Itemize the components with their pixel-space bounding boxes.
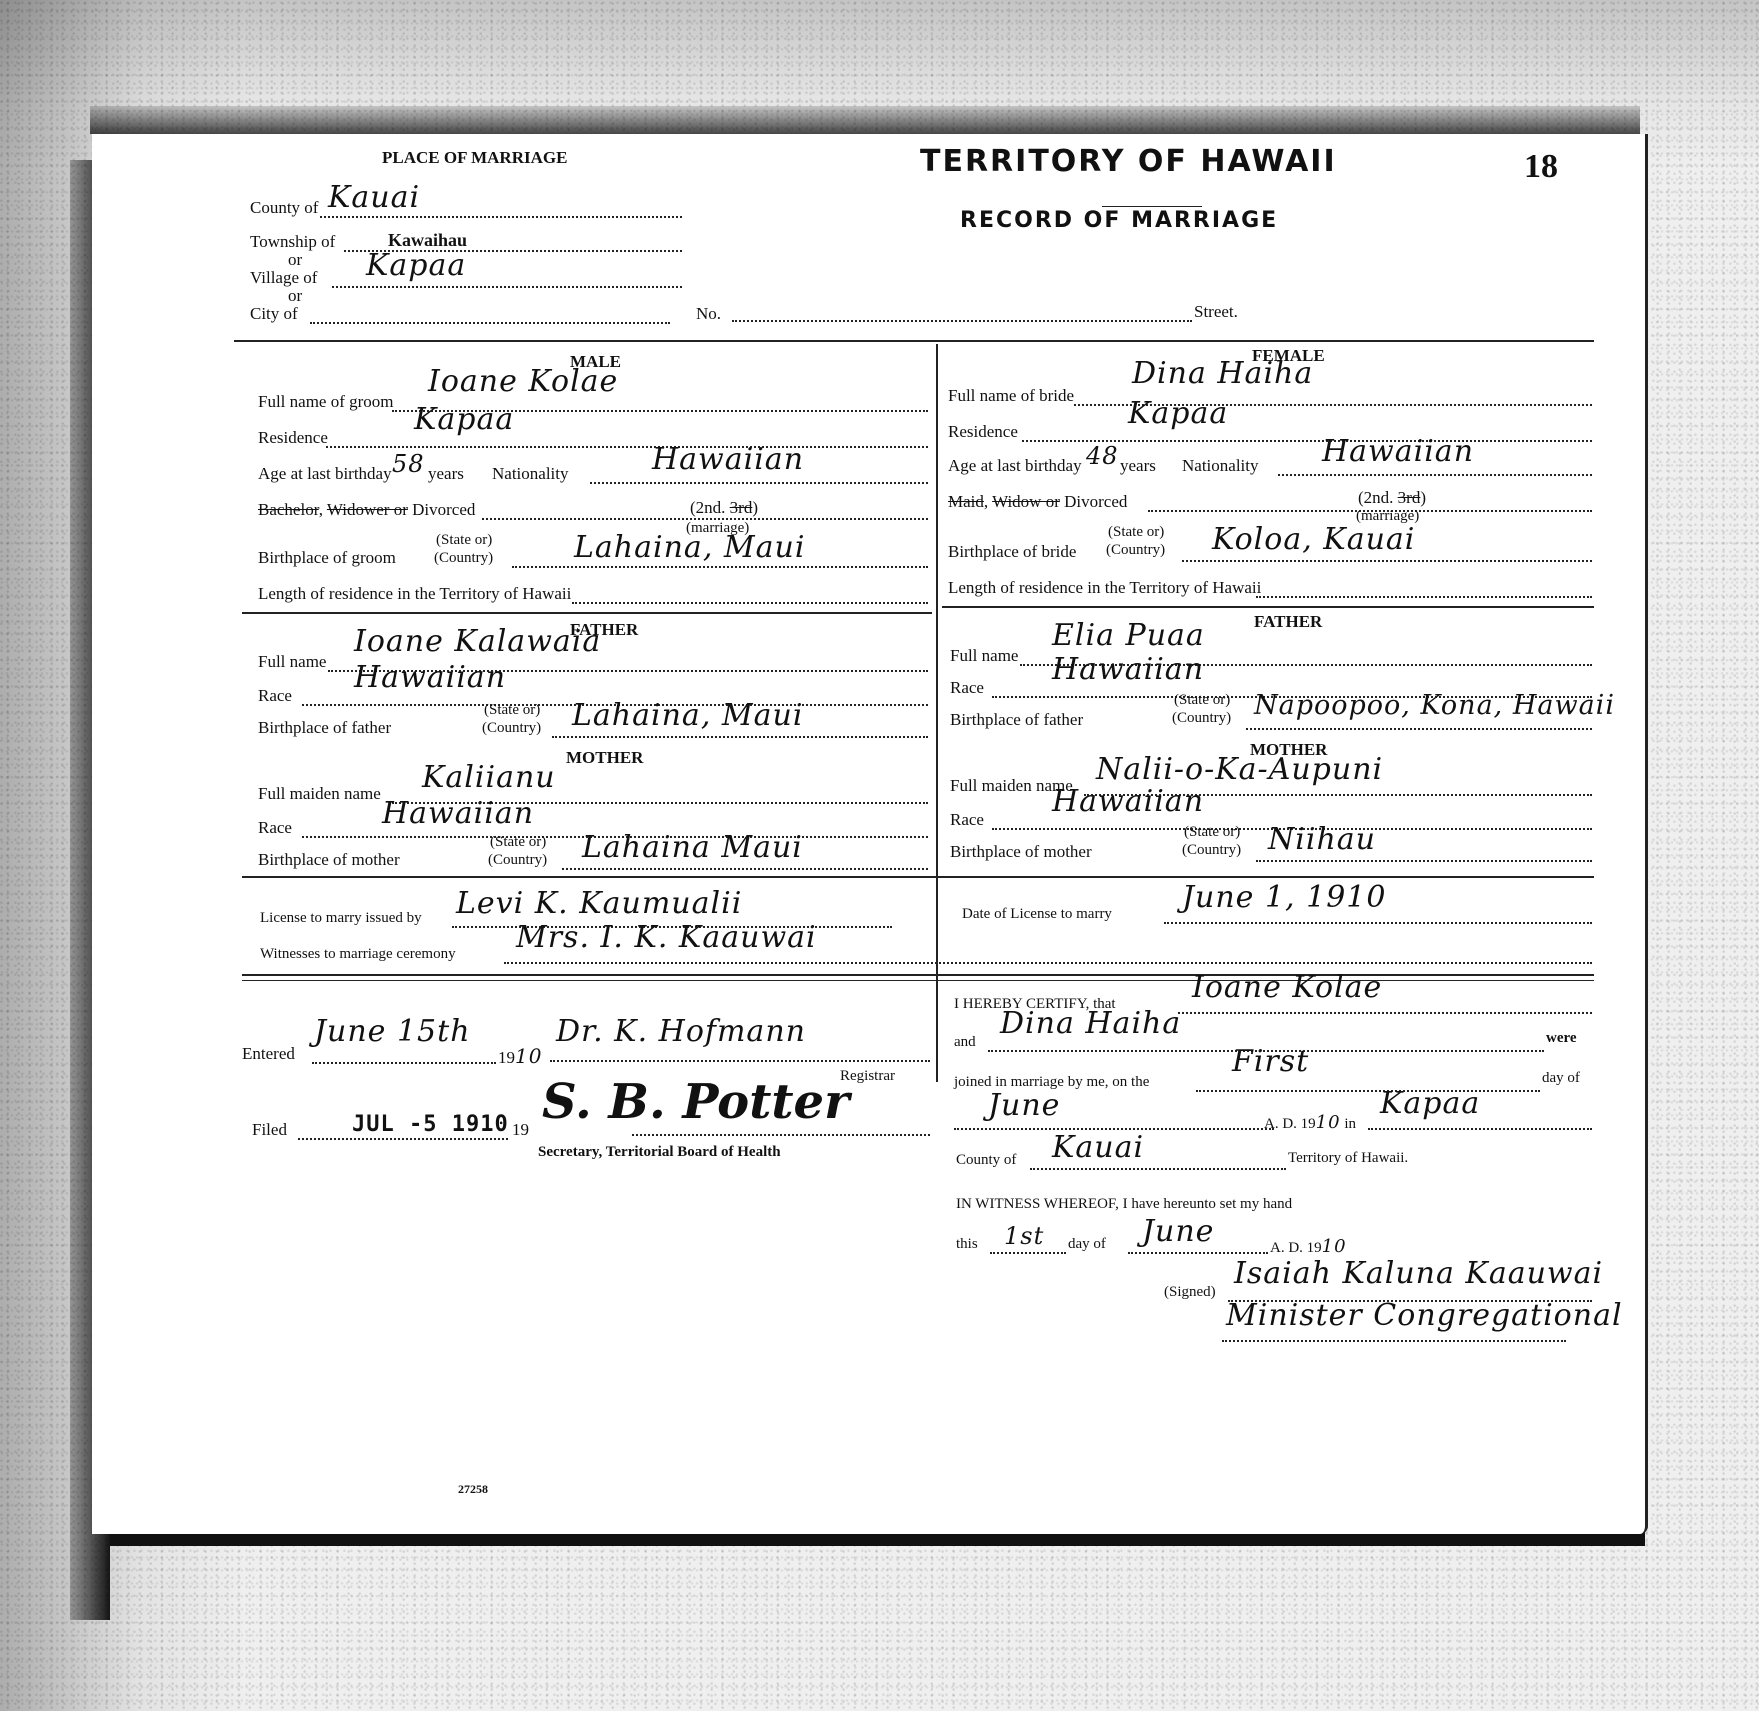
groom-residence-label: Residence xyxy=(258,428,328,448)
groom-residence-length-label: Length of residence in the Territory of … xyxy=(258,584,571,604)
place-of-marriage-heading: PLACE OF MARRIAGE xyxy=(382,148,567,168)
certify-groom-line xyxy=(1178,1012,1592,1014)
city-line xyxy=(310,322,670,324)
filed-stamp: JUL -5 1910 xyxy=(352,1112,509,1137)
bride-marriage-count: (2nd. 3rd) xyxy=(1356,488,1428,508)
bride-residence-length-label: Length of residence in the Territory of … xyxy=(948,578,1261,598)
bride-father-race-value[interactable]: Hawaiian xyxy=(1052,652,1204,687)
document-subtitle: RECORD OF MARRIAGE xyxy=(960,208,1278,233)
bride-father-country: (Country) xyxy=(1172,710,1231,727)
bride-mother-state-or: (State or) xyxy=(1184,824,1240,841)
bride-birthplace-line xyxy=(1182,560,1592,562)
document-title: TERRITORY OF HAWAII xyxy=(920,144,1337,179)
no-label: No. xyxy=(696,304,721,324)
groom-mother-name-value[interactable]: Kaliianu xyxy=(422,760,556,795)
page-shadow-bottom xyxy=(110,1532,1645,1546)
certify-day-line xyxy=(1196,1090,1540,1092)
secretary-signature: S. B. Potter xyxy=(542,1074,849,1130)
groom-state-or: (State or) xyxy=(436,532,492,549)
certify-day-of-label: day of xyxy=(1542,1070,1580,1087)
witnesses-label: Witnesses to marriage ceremony xyxy=(260,946,456,963)
witness-whereof-label: IN WITNESS WHEREOF, I have hereunto set … xyxy=(956,1196,1292,1213)
village-label: Village of xyxy=(250,268,317,288)
secretary-label: Secretary, Territorial Board of Health xyxy=(538,1144,781,1161)
female-section-divider xyxy=(942,606,1594,608)
bride-father-name-value[interactable]: Elia Puaa xyxy=(1052,618,1205,653)
bride-mother-race-label: Race xyxy=(950,810,984,830)
bride-mother-country: (Country) xyxy=(1182,842,1241,859)
filed-line xyxy=(298,1138,508,1140)
groom-country: (Country) xyxy=(434,550,493,567)
groom-father-race-value[interactable]: Hawaiian xyxy=(354,660,506,695)
title-line xyxy=(1222,1340,1566,1342)
license-section-divider-2 xyxy=(242,980,1594,981)
certify-county-line xyxy=(1030,1168,1286,1170)
village-line xyxy=(332,286,682,288)
witness-day-value[interactable]: 1st xyxy=(1004,1222,1044,1250)
bride-status-widow: Widow or xyxy=(992,492,1060,511)
registrar-line xyxy=(550,1060,930,1062)
city-label: City of xyxy=(250,304,298,324)
street-line xyxy=(732,320,1192,322)
bride-father-name-label: Full name xyxy=(950,646,1018,666)
bride-residence-label: Residence xyxy=(948,422,1018,442)
groom-birthplace-line xyxy=(512,566,928,568)
certify-territory-label: Territory of Hawaii. xyxy=(1288,1150,1408,1167)
serial-number: 27258 xyxy=(458,1482,488,1497)
secretary-line xyxy=(632,1134,930,1136)
witness-day-line xyxy=(990,1252,1066,1254)
page-shadow-top xyxy=(90,106,1640,134)
or-label-1: or xyxy=(288,250,302,270)
certify-place-value[interactable]: Kapaa xyxy=(1380,1086,1480,1121)
bride-father-birthplace-line xyxy=(1246,728,1592,730)
bride-mother-birthplace-value[interactable]: Niihau xyxy=(1268,822,1376,857)
entered-label: Entered xyxy=(242,1044,295,1064)
registrar-signature: Dr. K. Hofmann xyxy=(556,1014,806,1049)
groom-status-row: Bachelor, Widower or Divorced xyxy=(258,500,475,520)
groom-birthplace-label: Birthplace of groom xyxy=(258,548,396,568)
certify-and-label: and xyxy=(954,1034,976,1051)
groom-marriage-count: (2nd. 3rd) xyxy=(688,498,760,518)
groom-mother-race-label: Race xyxy=(258,818,292,838)
minister-title-value: Minister Congregational xyxy=(1226,1298,1623,1333)
groom-mother-birthplace-value[interactable]: Lahaina Maui xyxy=(582,830,803,865)
bride-mother-name-value[interactable]: Nalii-o-Ka-Aupuni xyxy=(1096,752,1383,787)
groom-status-bachelor: Bachelor xyxy=(258,500,319,519)
bride-father-race-label: Race xyxy=(950,678,984,698)
bride-status-row: Maid, Widow or Divorced xyxy=(948,492,1127,512)
license-issued-by-label: License to marry issued by xyxy=(260,910,422,927)
license-date-line xyxy=(1164,922,1592,924)
column-divider xyxy=(936,344,938,1082)
groom-status-widower: Widower or xyxy=(327,500,408,519)
bride-nationality-value[interactable]: Hawaiian xyxy=(1322,434,1474,469)
certify-county-value[interactable]: Kauai xyxy=(1052,1130,1144,1165)
county-value[interactable]: Kauai xyxy=(328,180,420,215)
groom-residence-line xyxy=(326,446,928,448)
witnesses-line xyxy=(504,962,1592,964)
groom-father-name-value[interactable]: Ioane Kalawaia xyxy=(354,624,601,659)
certify-groom-value[interactable]: Ioane Kolae xyxy=(1192,970,1382,1005)
parents-section-divider xyxy=(242,876,1594,878)
groom-age-label: Age at last birthday xyxy=(258,464,392,484)
county-line xyxy=(320,216,682,218)
entered-line xyxy=(312,1062,496,1064)
bride-years-label: years xyxy=(1120,456,1156,476)
groom-mother-name-label: Full maiden name xyxy=(258,784,381,804)
bride-residence-value[interactable]: Kapaa xyxy=(1128,396,1228,431)
township-label: Township of xyxy=(250,232,335,252)
bride-mother-birthplace-label: Birthplace of mother xyxy=(950,842,1092,862)
filed-label: Filed xyxy=(252,1120,287,1140)
bride-nationality-line xyxy=(1278,474,1592,476)
marriage-record-form: PLACE OF MARRIAGE TERRITORY OF HAWAII RE… xyxy=(92,134,1648,1534)
village-value[interactable]: Kapaa xyxy=(366,248,466,283)
groom-nationality-line xyxy=(590,482,928,484)
groom-father-birthplace-line xyxy=(552,736,928,738)
certify-were-label: were xyxy=(1546,1030,1577,1047)
county-label: County of xyxy=(250,198,318,218)
witness-day-of-label: day of xyxy=(1068,1236,1106,1253)
title-divider xyxy=(1102,206,1202,207)
witness-month-value[interactable]: June xyxy=(1142,1214,1214,1249)
witness-this-label: this xyxy=(956,1236,978,1253)
bride-country: (Country) xyxy=(1106,542,1165,559)
bride-name-value[interactable]: Dina Haiha xyxy=(1132,356,1313,391)
certify-month-value[interactable]: June xyxy=(988,1088,1060,1123)
certify-place-line xyxy=(1368,1128,1592,1130)
groom-mother-heading: MOTHER xyxy=(566,748,643,768)
groom-father-name-label: Full name xyxy=(258,652,326,672)
entered-year: 1910 xyxy=(498,1044,542,1068)
groom-name-value[interactable]: Ioane Kolae xyxy=(428,364,618,399)
groom-father-race-label: Race xyxy=(258,686,292,706)
groom-nationality-value[interactable]: Hawaiian xyxy=(652,442,804,477)
groom-father-state-or: (State or) xyxy=(484,702,540,719)
bride-status-maid: Maid xyxy=(948,492,984,511)
filed-year-prefix: 19 xyxy=(512,1120,529,1140)
groom-mother-birthplace-label: Birthplace of mother xyxy=(258,850,400,870)
license-section-divider xyxy=(242,974,1594,976)
certify-day-value[interactable]: First xyxy=(1232,1044,1309,1079)
entered-value[interactable]: June 15th xyxy=(314,1014,471,1049)
bride-age-value[interactable]: 48 xyxy=(1086,442,1119,470)
groom-mother-race-value[interactable]: Hawaiian xyxy=(382,796,534,831)
license-issued-by-value[interactable]: Levi K. Kaumualii xyxy=(456,886,742,921)
or-label-2: or xyxy=(288,286,302,306)
bride-mother-birthplace-line xyxy=(1256,860,1592,862)
street-label: Street. xyxy=(1194,302,1238,322)
form-number: 18 xyxy=(1524,148,1558,186)
groom-age-value[interactable]: 58 xyxy=(392,450,425,478)
bride-nationality-label: Nationality xyxy=(1182,456,1258,476)
bride-father-birthplace-value[interactable]: Napoopoo, Kona, Hawaii xyxy=(1254,690,1615,721)
witness-month-line xyxy=(1128,1252,1268,1254)
certify-ad-label: A. D. 1910 in xyxy=(1264,1112,1356,1133)
bride-name-label: Full name of bride xyxy=(948,386,1074,406)
bride-birthplace-value[interactable]: Koloa, Kauai xyxy=(1212,522,1415,557)
bride-father-heading: FATHER xyxy=(1254,612,1322,632)
bride-state-or: (State or) xyxy=(1108,524,1164,541)
male-section-divider xyxy=(242,612,932,614)
bride-mother-race-value[interactable]: Hawaiian xyxy=(1052,784,1204,819)
bride-status-divorced: Divorced xyxy=(1064,492,1127,511)
groom-mother-state-or: (State or) xyxy=(490,834,546,851)
license-date-label: Date of License to marry xyxy=(962,906,1112,923)
bride-father-birthplace-label: Birthplace of father xyxy=(950,710,1083,730)
groom-father-birthplace-label: Birthplace of father xyxy=(258,718,391,738)
witnesses-value[interactable]: Mrs. I. K. Kaauwai xyxy=(516,920,817,955)
groom-father-birthplace-value[interactable]: Lahaina, Maui xyxy=(572,698,803,733)
groom-father-country: (Country) xyxy=(482,720,541,737)
bride-age-label: Age at last birthday xyxy=(948,456,1082,476)
groom-birthplace-value[interactable]: Lahaina, Maui xyxy=(574,530,805,565)
certify-county-label: County of xyxy=(956,1152,1016,1169)
groom-nationality-label: Nationality xyxy=(492,464,568,484)
groom-years-label: years xyxy=(428,464,464,484)
certify-bride-value[interactable]: Dina Haiha xyxy=(1000,1006,1181,1041)
groom-status-divorced: Divorced xyxy=(412,500,475,519)
groom-residence-value[interactable]: Kapaa xyxy=(414,402,514,437)
groom-mother-country: (Country) xyxy=(488,852,547,869)
groom-residence-length-line xyxy=(572,602,928,604)
groom-mother-birthplace-line xyxy=(562,868,928,870)
bride-birthplace-label: Birthplace of bride xyxy=(948,542,1076,562)
bride-father-state-or: (State or) xyxy=(1174,692,1230,709)
signed-value: Isaiah Kaluna Kaauwai xyxy=(1234,1256,1603,1291)
groom-name-label: Full name of groom xyxy=(258,392,394,412)
signed-label: (Signed) xyxy=(1164,1284,1216,1301)
witness-ad-label: A. D. 1910 xyxy=(1270,1236,1347,1257)
bride-residence-length-line xyxy=(1256,596,1592,598)
header-divider xyxy=(234,340,1594,342)
license-date-value[interactable]: June 1, 1910 xyxy=(1182,880,1386,915)
